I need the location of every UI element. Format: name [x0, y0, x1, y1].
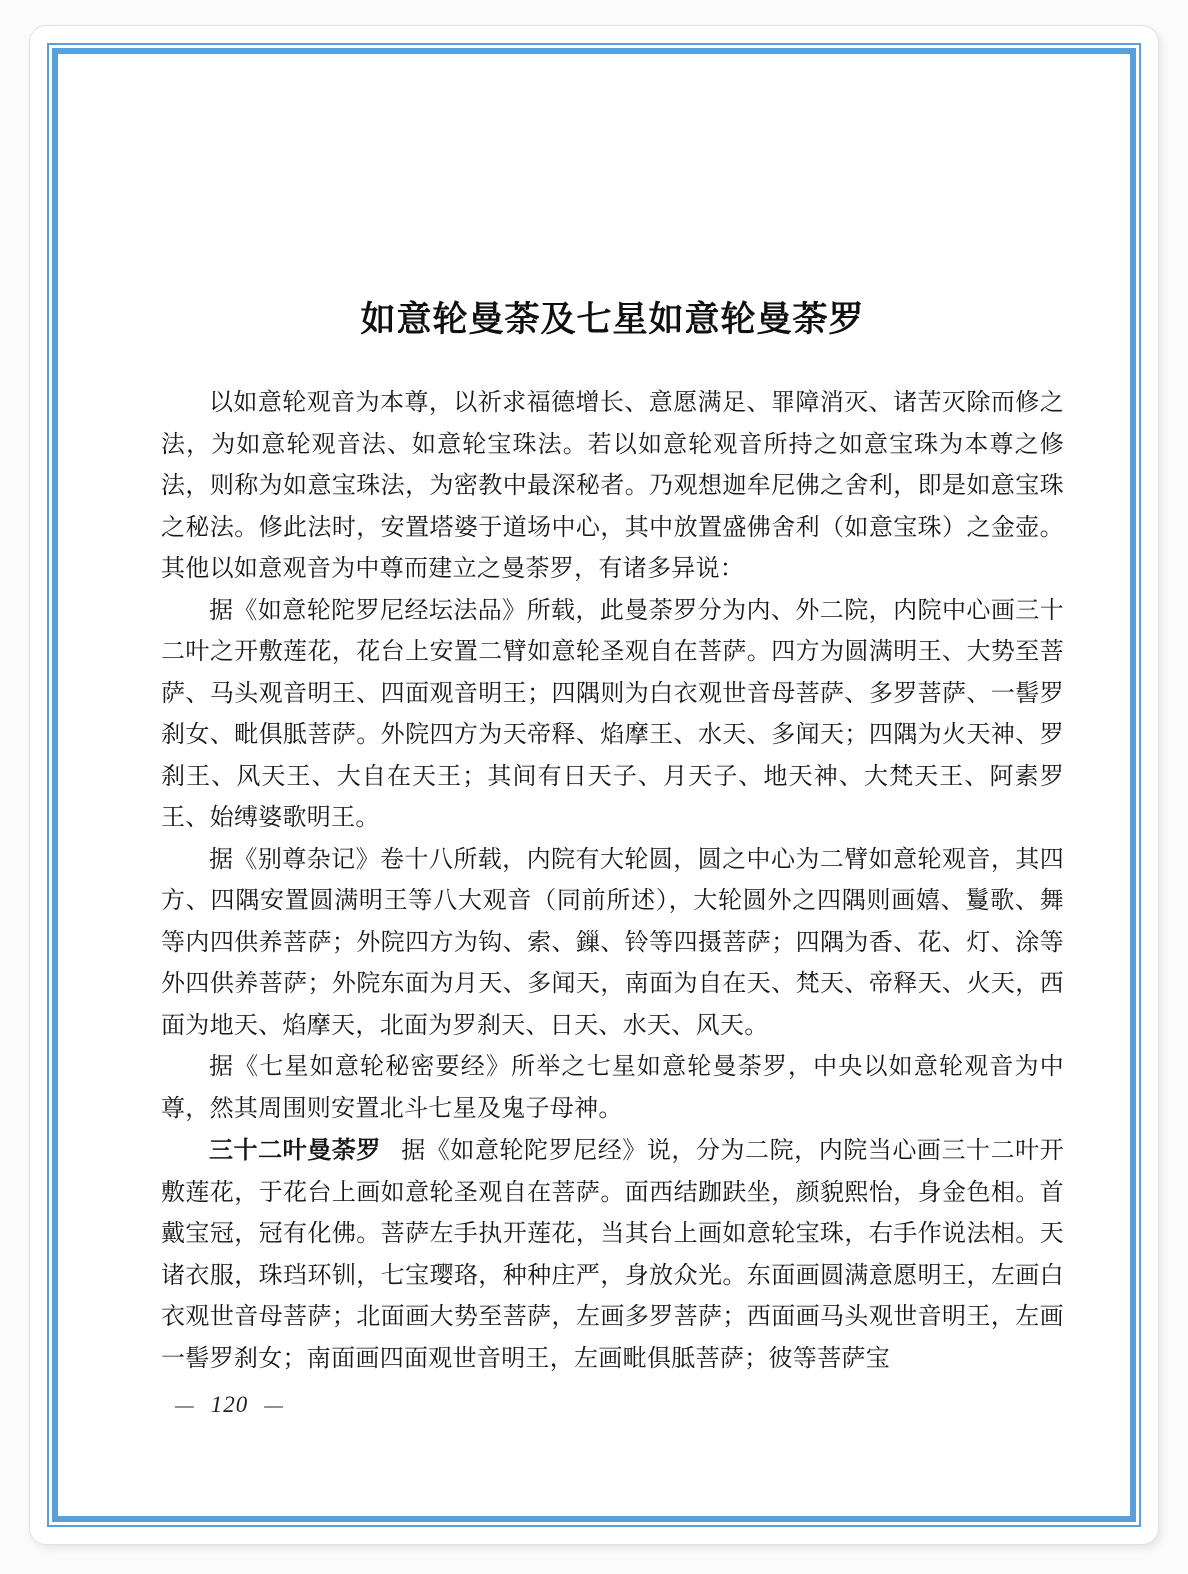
paragraph-32-leaf-mandala: 三十二叶曼荼罗据《如意轮陀罗尼经》说，分为二院，内院当心画三十二叶开敷莲花，于花…	[161, 1130, 1064, 1380]
page-number-value: 120	[195, 1392, 265, 1417]
paragraph-intro: 以如意轮观音为本尊，以祈求福德增长、意愿满足、罪障消灭、诸苦灭除而修之法，为如意…	[161, 383, 1064, 591]
book-page: 如意轮曼荼及七星如意轮曼荼罗 以如意轮观音为本尊，以祈求福德增长、意愿满足、罪障…	[30, 26, 1158, 1544]
outer-border-frame: 如意轮曼荼及七星如意轮曼荼罗 以如意轮观音为本尊，以祈求福德增长、意愿满足、罪障…	[47, 43, 1141, 1527]
page-number-right-dash: —	[264, 1393, 284, 1417]
paragraph-tanfa-pin: 据《如意轮陀罗尼经坛法品》所载，此曼荼罗分为内、外二院，内院中心画三十二叶之开敷…	[161, 591, 1064, 840]
inner-border-frame: 如意轮曼荼及七星如意轮曼荼罗 以如意轮观音为本尊，以祈求福德增长、意愿满足、罪障…	[52, 48, 1136, 1522]
paragraph-biezun-zaji: 据《别尊杂记》卷十八所载，内院有大轮圆，圆之中心为二臂如意轮观音，其四方、四隅安…	[161, 840, 1064, 1048]
page-number-left-dash: —	[175, 1393, 195, 1417]
paragraph-qixing-sutra: 据《七星如意轮秘密要经》所举之七星如意轮曼荼罗，中央以如意轮观音为中尊，然其周围…	[161, 1047, 1064, 1130]
page-number: —120—	[175, 1392, 1064, 1418]
paragraph-32-leaf-mandala-text: 据《如意轮陀罗尼经》说，分为二院，内院当心画三十二叶开敷莲花，于花台上画如意轮圣…	[161, 1138, 1064, 1372]
page-content: 如意轮曼荼及七星如意轮曼荼罗 以如意轮观音为本尊，以祈求福德增长、意愿满足、罪障…	[58, 54, 1130, 1516]
page-title: 如意轮曼荼及七星如意轮曼荼罗	[161, 297, 1064, 343]
paragraph-heading-32-leaf-mandala: 三十二叶曼荼罗	[209, 1137, 381, 1164]
